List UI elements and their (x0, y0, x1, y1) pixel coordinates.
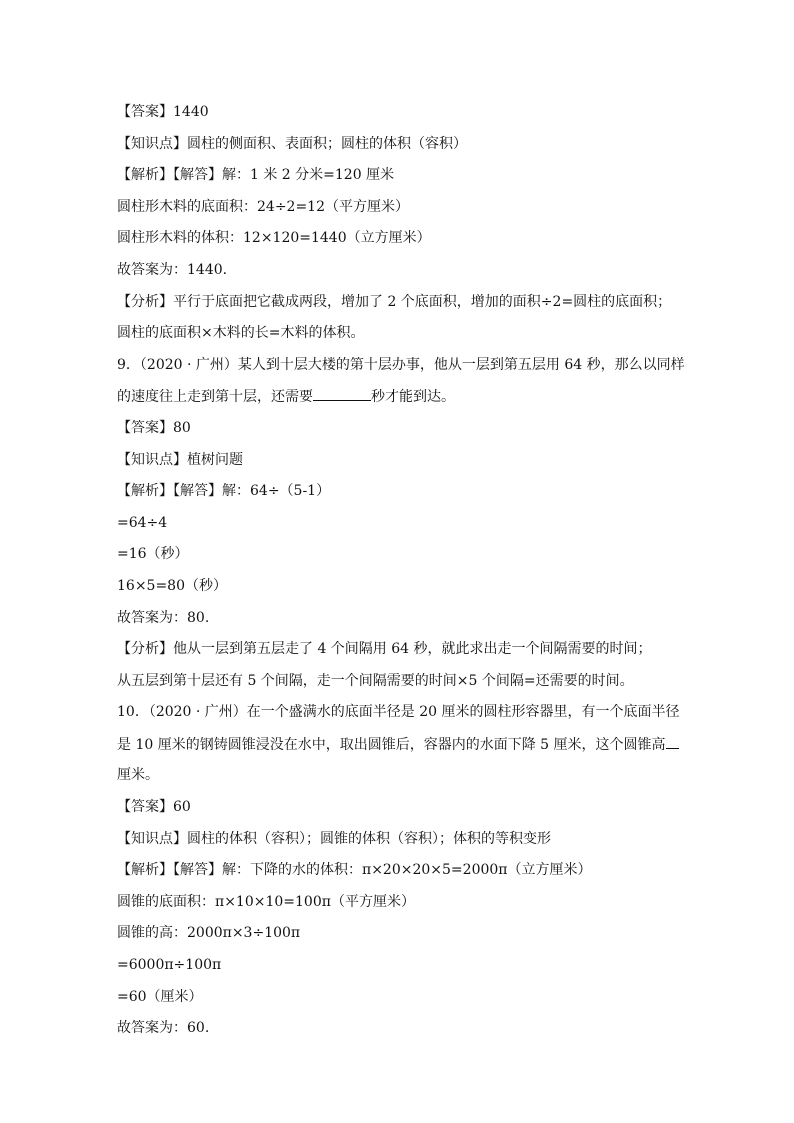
q9-solution-line: =64÷4 (117, 513, 687, 545)
answer-blank (313, 386, 371, 401)
q8-solution-line: 故答案为：1440. (117, 260, 687, 292)
q9-analysis-line: 【分析】他从一层到第五层走了 4 个间隔用 64 秒，就此求出走一个间隔需要的时… (117, 639, 687, 671)
q9-question-text: 秒才能到达。 (371, 389, 455, 405)
q8-knowledge: 【知识点】圆柱的侧面积、表面积；圆柱的体积（容积） (117, 134, 687, 166)
q10-solution-line: 故答案为：60. (117, 1018, 687, 1050)
q10-solution-line: 【解析】【解答】解：下降的水的体积：π×20×20×5=2000π（立方厘米） (117, 860, 687, 892)
q8-solution-line: 圆柱形木料的体积：12×120=1440（立方厘米） (117, 228, 687, 260)
q9-solution-line: 【解析】【解答】解：64÷（5-1） (117, 481, 687, 513)
q9-solution-line: =16（秒） (117, 544, 687, 576)
q10-solution-line: 圆锥的高：2000π×3÷100π (117, 923, 687, 955)
q8-solution-line: 圆柱形木料的底面积：24÷2=12（平方厘米） (117, 197, 687, 229)
q9-solution-line: 16×5=80（秒） (117, 576, 687, 608)
q10-question-line: 厘米。 (117, 765, 687, 797)
q10-question-text: 是 10 厘米的钢铸圆锥浸没在水中，取出圆锥后，容器内的水面下降 5 厘米，这个… (117, 737, 666, 753)
answer-blank (666, 734, 679, 749)
document-page: 【答案】1440 【知识点】圆柱的侧面积、表面积；圆柱的体积（容积） 【解析】【… (117, 102, 687, 1050)
q8-answer: 【答案】1440 (117, 102, 687, 134)
q10-solution-line: =6000π÷100π (117, 955, 687, 987)
q10-question-line: 10．（2020 · 广州）在一个盛满水的底面半径是 20 厘米的圆柱形容器里，… (117, 702, 687, 734)
q9-answer: 【答案】80 (117, 418, 687, 450)
q8-solution-line: 【解析】【解答】解：1 米 2 分米=120 厘米 (117, 165, 687, 197)
q10-answer: 【答案】60 (117, 797, 687, 829)
q10-solution-line: 圆锥的底面积：π×10×10=100π（平方厘米） (117, 892, 687, 924)
q9-question-text: 的速度往上走到第十层，还需要 (117, 389, 313, 405)
q9-question-line: 9．（2020 · 广州）某人到十层大楼的第十层办事，他从一层到第五层用 64 … (117, 355, 687, 387)
q8-analysis-line: 圆柱的底面积×木料的长=木料的体积。 (117, 323, 687, 355)
q10-question-line: 是 10 厘米的钢铸圆锥浸没在水中，取出圆锥后，容器内的水面下降 5 厘米，这个… (117, 734, 687, 766)
q9-question-line: 的速度往上走到第十层，还需要秒才能到达。 (117, 386, 687, 418)
q9-analysis-line: 从五层到第十层还有 5 个间隔，走一个间隔需要的时间×5 个间隔=还需要的时间。 (117, 671, 687, 703)
q10-solution-line: =60（厘米） (117, 987, 687, 1019)
q8-analysis-line: 【分析】平行于底面把它截成两段，增加了 2 个底面积，增加的面积÷2=圆柱的底面… (117, 292, 687, 324)
q9-solution-line: 故答案为：80. (117, 608, 687, 640)
q10-knowledge: 【知识点】圆柱的体积（容积）；圆锥的体积（容积）；体积的等积变形 (117, 829, 687, 861)
q9-knowledge: 【知识点】植树问题 (117, 450, 687, 482)
